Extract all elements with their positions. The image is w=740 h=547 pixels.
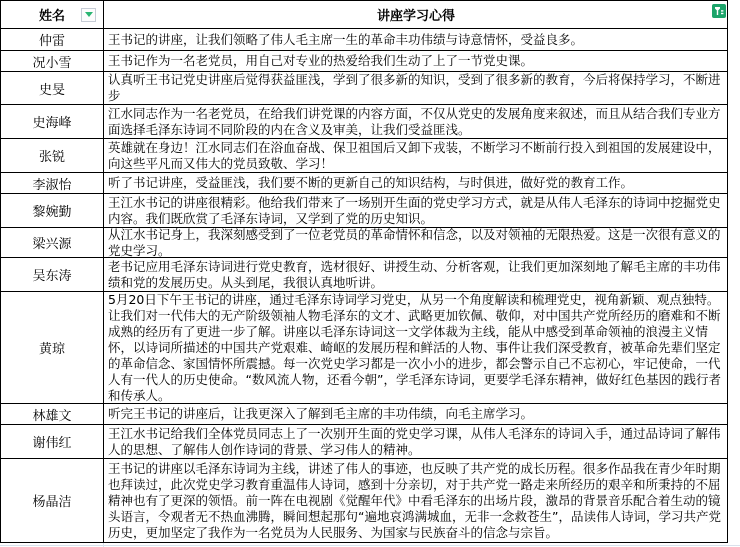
content-text: 英雄就在身边！江水同志们在浴血奋战、保卫祖国后又卸下戎装，不断学习不断前行投入到… xyxy=(108,140,724,172)
name-text: 梁兴源 xyxy=(32,233,71,252)
table-row: 张锐 英雄就在身边！江水同志们在浴血奋战、保卫祖国后又卸下戎装，不断学习不断前行… xyxy=(1,139,728,173)
table-row: 李淑怡 听了书记讲座，受益匪浅，我们要不断的更新自己的知识结构，与时俱进，做好党… xyxy=(1,173,728,194)
name-text: 史旻 xyxy=(39,79,65,98)
content-cell[interactable]: 听完王书记的讲座后，让我更深入了解到毛主席的丰功伟绩，向毛主席学习。 xyxy=(104,404,728,424)
content-text: 王书记的讲座以毛泽东诗词为主线，讲述了伟人的事迹，也反映了共产党的成长历程。很多… xyxy=(108,461,724,541)
name-cell[interactable]: 杨晶洁 xyxy=(1,459,104,542)
content-text: 5月20日下午王书记的讲座，通过毛泽东诗词学习党史，从另一个角度解读和梳理党史，… xyxy=(108,292,724,403)
name-cell[interactable]: 林雄文 xyxy=(1,404,104,424)
content-text: 王江水书记的讲座很精彩。他给我们带来了一场别开生面的党史学习方式，就是从伟人毛泽… xyxy=(108,195,724,227)
content-cell[interactable]: 听了书记讲座，受益匪浅，我们要不断的更新自己的知识结构，与时俱进，做好党的教育工… xyxy=(104,173,728,193)
name-cell[interactable]: 李淑怡 xyxy=(1,173,104,193)
name-cell[interactable]: 况小雪 xyxy=(1,51,104,71)
name-cell[interactable]: 谢伟红 xyxy=(1,425,104,458)
table-row: 林雄文 听完王书记的讲座后，让我更深入了解到毛主席的丰功伟绩，向毛主席学习。 xyxy=(1,404,728,425)
content-text: 听了书记讲座，受益匪浅，我们要不断的更新自己的知识结构，与时俱进，做好党的教育工… xyxy=(108,175,633,191)
content-cell[interactable]: 王书记的讲座以毛泽东诗词为主线，讲述了伟人的事迹，也反映了共产党的成长历程。很多… xyxy=(104,459,728,542)
content-cell[interactable]: 江水同志作为一名老党员，在给我们讲党课的内容方面，不仅从党史的发展角度来叙述，而… xyxy=(104,105,728,138)
table-row: 黎婉勤 王江水书记的讲座很精彩。他给我们带来了一场别开生面的党史学习方式，就是从… xyxy=(1,194,728,228)
content-cell[interactable]: 从江水书记身上，我深刻感受到了一位老党员的革命情怀和信念，以及对领袖的无限热爱。… xyxy=(104,228,728,257)
table-row: 杨晶洁 王书记的讲座以毛泽东诗词为主线，讲述了伟人的事迹，也反映了共产党的成长历… xyxy=(1,459,728,543)
content-cell[interactable]: 王江水书记给我们全体党员同志上了一次别开生面的党史学习课，从伟人毛泽东的诗词入手… xyxy=(104,425,728,458)
funnel-glyph xyxy=(714,6,724,16)
content-text: 听完王书记的讲座后，让我更深入了解到毛主席的丰功伟绩，向毛主席学习。 xyxy=(108,406,533,422)
header-row: 姓名 讲座学习心得 xyxy=(1,1,728,29)
name-text: 张锐 xyxy=(39,146,65,165)
name-text: 谢伟红 xyxy=(32,432,71,451)
name-filter-dropdown-button[interactable] xyxy=(81,8,96,22)
content-cell[interactable]: 认真听王书记党史讲座后觉得获益匪浅，学到了很多新的知识，受到了很多新的教育，今后… xyxy=(104,72,728,104)
content-cell[interactable]: 英雄就在身边！江水同志们在浴血奋战、保卫祖国后又卸下戎装，不断学习不断前行投入到… xyxy=(104,139,728,172)
table-row: 梁兴源 从江水书记身上，我深刻感受到了一位老党员的革命情怀和信念，以及对领袖的无… xyxy=(1,228,728,258)
name-text: 杨晶洁 xyxy=(32,491,71,510)
content-text: 王书记作为一名老党员，用自己对专业的热爱给我们生动了上了一节党史课。 xyxy=(108,53,533,69)
content-text: 老书记应用毛泽东诗词进行党史教育，选材很好、讲授生动、分析客观，让我们更加深刻地… xyxy=(108,259,724,291)
reflections-table: 姓名 讲座学习心得 仲雷 王书记的讲座，让我们领略了伟人毛主席一生的革命丰功伟绩 xyxy=(0,0,728,543)
header-name-cell[interactable]: 姓名 xyxy=(1,1,104,28)
name-cell[interactable]: 仲雷 xyxy=(1,29,104,50)
name-cell[interactable]: 梁兴源 xyxy=(1,228,104,257)
name-cell[interactable]: 张锐 xyxy=(1,139,104,172)
content-text: 王书记的讲座，让我们领略了伟人毛主席一生的革命丰功伟绩与诗意情怀，受益良多。 xyxy=(108,32,583,48)
name-text: 史海峰 xyxy=(32,112,71,131)
filter-funnel-icon[interactable] xyxy=(712,4,726,18)
table-row: 黄琼 5月20日下午王书记的讲座，通过毛泽东诗词学习党史，从另一个角度解读和梳理… xyxy=(1,292,728,404)
sheet-gridline xyxy=(0,545,740,546)
header-content-cell[interactable]: 讲座学习心得 xyxy=(104,1,728,28)
name-cell[interactable]: 黎婉勤 xyxy=(1,194,104,227)
content-cell[interactable]: 老书记应用毛泽东诗词进行党史教育，选材很好、讲授生动、分析客观，让我们更加深刻地… xyxy=(104,258,728,291)
content-text: 王江水书记给我们全体党员同志上了一次别开生面的党史学习课，从伟人毛泽东的诗词入手… xyxy=(108,426,724,458)
name-cell[interactable]: 吴东涛 xyxy=(1,258,104,291)
content-cell[interactable]: 5月20日下午王书记的讲座，通过毛泽东诗词学习党史，从另一个角度解读和梳理党史，… xyxy=(104,292,728,403)
name-cell[interactable]: 史旻 xyxy=(1,72,104,104)
name-cell[interactable]: 史海峰 xyxy=(1,105,104,138)
content-cell[interactable]: 王书记作为一名老党员，用自己对专业的热爱给我们生动了上了一节党史课。 xyxy=(104,51,728,71)
content-text: 江水同志作为一名老党员，在给我们讲党课的内容方面，不仅从党史的发展角度来叙述，而… xyxy=(108,106,724,138)
table-row: 况小雪 王书记作为一名老党员，用自己对专业的热爱给我们生动了上了一节党史课。 xyxy=(1,51,728,72)
content-cell[interactable]: 王书记的讲座，让我们领略了伟人毛主席一生的革命丰功伟绩与诗意情怀，受益良多。 xyxy=(104,29,728,50)
name-text: 吴东涛 xyxy=(32,265,71,284)
table-row: 史海峰 江水同志作为一名老党员，在给我们讲党课的内容方面，不仅从党史的发展角度来… xyxy=(1,105,728,139)
content-text: 认真听王书记党史讲座后觉得获益匪浅，学到了很多新的知识，受到了很多新的教育，今后… xyxy=(108,72,724,104)
name-text: 黄琼 xyxy=(39,338,65,357)
header-content-label: 讲座学习心得 xyxy=(377,5,455,24)
header-name-label: 姓名 xyxy=(39,5,65,24)
name-text: 林雄文 xyxy=(32,405,71,424)
table-row: 谢伟红 王江水书记给我们全体党员同志上了一次别开生面的党史学习课，从伟人毛泽东的… xyxy=(1,425,728,459)
table-row: 吴东涛 老书记应用毛泽东诗词进行党史教育，选材很好、讲授生动、分析客观，让我们更… xyxy=(1,258,728,292)
content-cell[interactable]: 王江水书记的讲座很精彩。他给我们带来了一场别开生面的党史学习方式，就是从伟人毛泽… xyxy=(104,194,728,227)
name-text: 黎婉勤 xyxy=(32,201,71,220)
name-text: 李淑怡 xyxy=(32,174,71,193)
table-row: 仲雷 王书记的讲座，让我们领略了伟人毛主席一生的革命丰功伟绩与诗意情怀，受益良多… xyxy=(1,29,728,51)
spreadsheet-view: 姓名 讲座学习心得 仲雷 王书记的讲座，让我们领略了伟人毛主席一生的革命丰功伟绩 xyxy=(0,0,740,547)
chevron-down-icon xyxy=(85,12,93,17)
name-text: 仲雷 xyxy=(39,30,65,49)
content-text: 从江水书记身上，我深刻感受到了一位老党员的革命情怀和信念，以及对领袖的无限热爱。… xyxy=(108,228,724,257)
name-cell[interactable]: 黄琼 xyxy=(1,292,104,403)
name-text: 况小雪 xyxy=(32,52,71,71)
table-row: 史旻 认真听王书记党史讲座后觉得获益匪浅，学到了很多新的知识，受到了很多新的教育… xyxy=(1,72,728,105)
